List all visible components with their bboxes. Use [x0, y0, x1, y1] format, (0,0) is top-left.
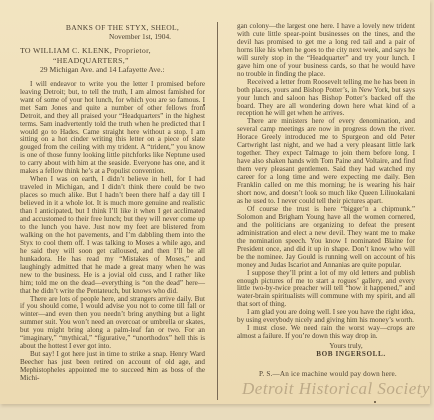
- paragraph: I will endeavor to write you the letter …: [20, 81, 205, 176]
- paragraph: I am glad you are doing well. I see you …: [237, 309, 415, 325]
- paragraph: I suppose they’ll print a lot of my old …: [237, 270, 415, 310]
- speck: [374, 401, 376, 403]
- paragraph: When I was on earth, I didn’t believe in…: [20, 176, 205, 295]
- right-column: gan colony—the largest one here. I have …: [237, 0, 415, 379]
- speck: [203, 104, 205, 106]
- business-address: 29 Michigan Ave. and 14 Lafayette Ave.:: [20, 65, 205, 75]
- heading-date: November 1st, 1904.: [20, 32, 205, 41]
- heading-place: BANKS OF THE STYX, SHEOL,: [20, 23, 205, 32]
- paragraph: There are ministers here of every denomi…: [237, 118, 415, 205]
- watermark: Detroit Historical Society: [242, 379, 430, 399]
- paragraph-continued: gan colony—the largest one here. I have …: [237, 23, 415, 79]
- right-column-wrap: gan colony—the largest one here. I have …: [217, 0, 434, 420]
- paragraph: I must close. We need rain the worst way…: [237, 325, 415, 341]
- left-column: BANKS OF THE STYX, SHEOL, November 1st, …: [20, 0, 205, 383]
- paragraph: But say! I got here just in time to stri…: [20, 351, 205, 383]
- letter-page: BANKS OF THE STYX, SHEOL, November 1st, …: [0, 0, 430, 404]
- business-name: “HEADQUARTERS,”: [20, 56, 205, 66]
- paragraph: Of course the trust is here “bigger’n a …: [237, 206, 415, 270]
- signature: BOB INGERSOLL.: [237, 351, 415, 359]
- speck: [148, 368, 150, 370]
- paragraph: Received a letter from Roosevelt telling…: [237, 79, 415, 119]
- postscript: P. S.—An ice machine would pay down here…: [237, 371, 415, 379]
- addressee: TO WILLIAM C. KLENK, Proprietor,: [20, 46, 205, 56]
- paragraph: There are lots of people here, and stran…: [20, 296, 205, 352]
